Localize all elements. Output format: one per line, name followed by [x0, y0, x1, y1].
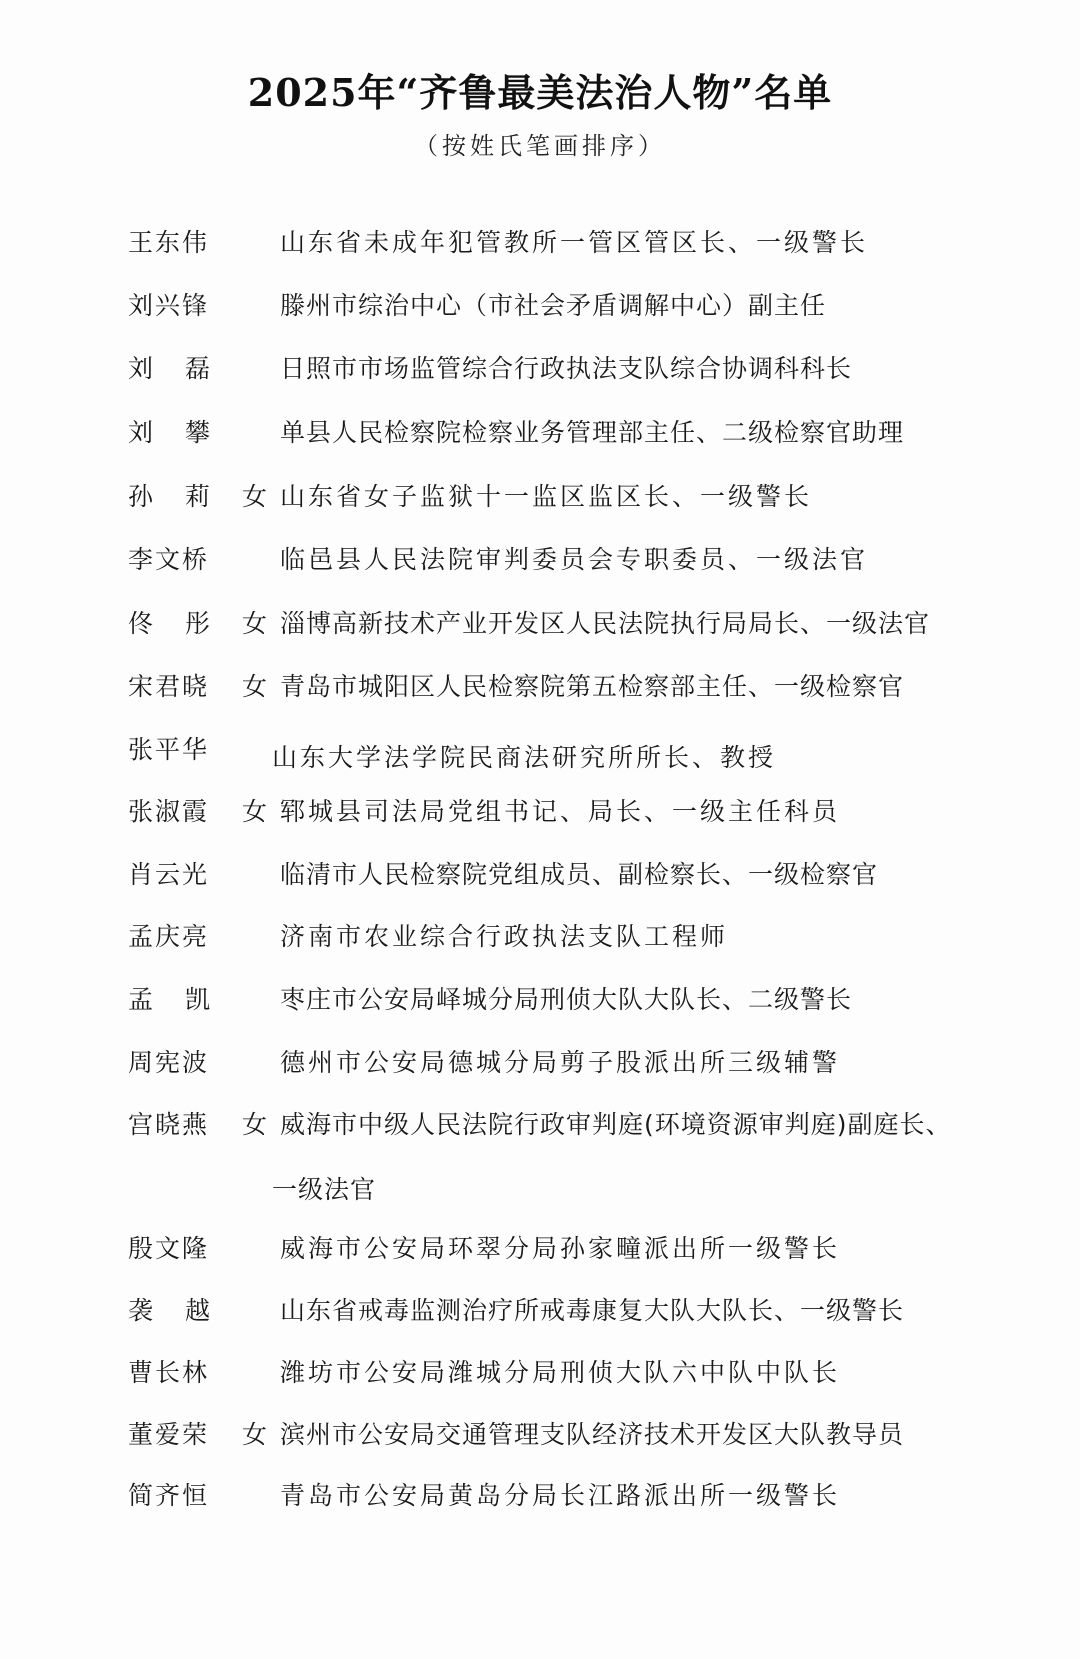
person-position: 单县人民检察院检察业务管理部主任、二级检察官助理 — [280, 413, 904, 453]
person-position: 山东省女子监狱十一监区监区长、一级警长 — [280, 477, 812, 517]
person-position: 威海市中级人民法院行政审判庭(环境资源审判庭)副庭长、 — [280, 1105, 952, 1145]
person-name: 佟彤 — [128, 604, 220, 644]
person-position-continuation: 一级法官 — [272, 1170, 376, 1210]
person-name: 王东伟 — [128, 223, 220, 263]
person-position: 滨州市公安局交通管理支队经济技术开发区大队教导员 — [280, 1415, 904, 1455]
person-gender: 女 — [242, 604, 272, 644]
person-name: 袭越 — [128, 1291, 220, 1331]
document-title: 2025年“齐鲁最美法治人物”名单 — [0, 62, 1080, 117]
person-position: 山东省戒毒监测治疗所戒毒康复大队大队长、一级警长 — [280, 1291, 904, 1331]
person-position: 潍坊市公安局潍城分局刑侦大队六中队中队长 — [280, 1353, 840, 1393]
person-name: 董爱荣 — [128, 1415, 220, 1455]
person-position: 滕州市综治中心（市社会矛盾调解中心）副主任 — [280, 286, 826, 326]
person-name: 简齐恒 — [128, 1476, 220, 1516]
person-position: 济南市农业综合行政执法支队工程师 — [280, 917, 728, 957]
person-position: 山东大学法学院民商法研究所所长、教授 — [272, 738, 776, 778]
person-position: 枣庄市公安局峄城分局刑侦大队大队长、二级警长 — [280, 980, 852, 1020]
person-position: 淄博高新技术产业开发区人民法院执行局局长、一级法官 — [280, 604, 930, 644]
person-position: 青岛市公安局黄岛分局长江路派出所一级警长 — [280, 1476, 840, 1516]
person-position: 德州市公安局德城分局剪子股派出所三级辅警 — [280, 1043, 840, 1083]
person-gender: 女 — [242, 1415, 272, 1455]
person-name: 殷文隆 — [128, 1229, 220, 1269]
person-position: 山东省未成年犯管教所一管区管区长、一级警长 — [280, 223, 868, 263]
person-name: 孙莉 — [128, 477, 220, 517]
person-name: 刘磊 — [128, 349, 220, 389]
person-gender: 女 — [242, 1105, 272, 1145]
person-name: 张平华 — [128, 730, 220, 770]
person-name: 周宪波 — [128, 1043, 220, 1083]
person-gender: 女 — [242, 477, 272, 517]
person-position: 日照市市场监管综合行政执法支队综合协调科科长 — [280, 349, 852, 389]
person-name: 曹长林 — [128, 1353, 220, 1393]
person-name: 宫晓燕 — [128, 1105, 220, 1145]
person-name: 李文桥 — [128, 540, 220, 580]
person-position: 临邑县人民法院审判委员会专职委员、一级法官 — [280, 540, 868, 580]
person-name: 刘兴锋 — [128, 286, 220, 326]
person-position: 威海市公安局环翠分局孙家疃派出所一级警长 — [280, 1229, 840, 1269]
person-position: 临清市人民检察院党组成员、副检察长、一级检察官 — [280, 855, 878, 895]
person-gender: 女 — [242, 792, 272, 832]
person-name: 孟凯 — [128, 980, 220, 1020]
person-position: 郓城县司法局党组书记、局长、一级主任科员 — [280, 792, 840, 832]
person-name: 张淑霞 — [128, 792, 220, 832]
person-name: 孟庆亮 — [128, 917, 220, 957]
person-name: 宋君晓 — [128, 667, 220, 707]
person-name: 肖云光 — [128, 855, 220, 895]
person-name: 刘攀 — [128, 413, 220, 453]
person-gender: 女 — [242, 667, 272, 707]
person-position: 青岛市城阳区人民检察院第五检察部主任、一级检察官 — [280, 667, 904, 707]
document-subtitle: （按姓氏笔画排序） — [0, 126, 1080, 161]
